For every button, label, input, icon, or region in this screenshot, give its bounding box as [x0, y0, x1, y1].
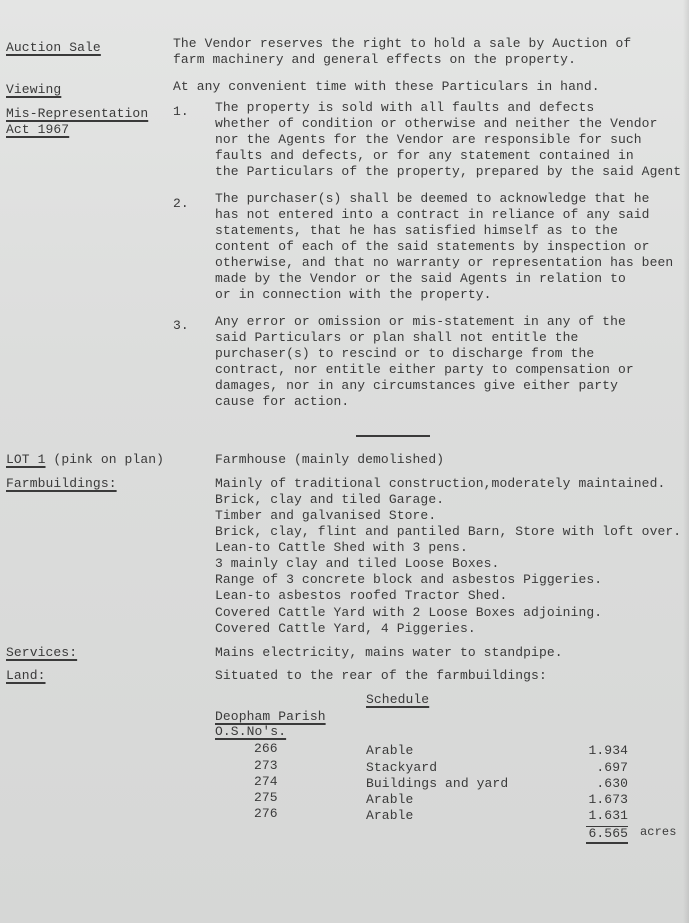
lot-plan-note: (pink on plan): [46, 452, 165, 467]
auction-sale-label: Auction Sale: [6, 40, 101, 56]
farmbuilding-line: Timber and galvanised Store.: [215, 508, 436, 524]
schedule-unit: acres: [640, 824, 677, 840]
farmbuildings-label: Farmbuildings:: [6, 476, 117, 492]
farmbuilding-line: Range of 3 concrete block and asbestos P…: [215, 572, 602, 588]
document-page: Auction Sale The Vendor reserves the rig…: [0, 0, 689, 923]
clause-number: 3.: [173, 318, 189, 334]
schedule-os-number: 275: [254, 790, 278, 806]
clause-1-line: faults and defects, or for any statement…: [215, 148, 634, 164]
schedule-description: Arable: [366, 743, 413, 759]
clause-2-line: The purchaser(s) shall be deemed to ackn…: [215, 191, 650, 207]
clause-1-line: whether of condition or otherwise and ne…: [215, 116, 657, 132]
clause-2-line: or in connection with the property.: [215, 287, 492, 303]
farmbuilding-line: Covered Cattle Yard, 4 Piggeries.: [215, 621, 476, 637]
schedule-description: Arable: [366, 792, 413, 808]
page-edge-shadow: [683, 0, 689, 923]
clause-number: 2.: [173, 196, 189, 212]
lot-number: LOT 1: [6, 452, 46, 467]
clause-3-line: cause for action.: [215, 394, 349, 410]
auction-sale-line-1: The Vendor reserves the right to hold a …: [173, 36, 631, 52]
services-text: Mains electricity, mains water to standp…: [215, 645, 563, 661]
schedule-acres: .630: [570, 776, 628, 792]
farmbuilding-line: Mainly of traditional construction,moder…: [215, 476, 665, 492]
schedule-os-number: 276: [254, 806, 278, 822]
viewing-label: Viewing: [6, 82, 61, 98]
clause-2-line: content of each of the said statements b…: [215, 239, 650, 255]
schedule-description: Stackyard: [366, 760, 437, 776]
clause-3-line: Any error or omission or mis-statement i…: [215, 314, 626, 330]
viewing-text: At any convenient time with these Partic…: [173, 79, 600, 95]
schedule-os-number: 273: [254, 758, 278, 774]
farmbuilding-line: 3 mainly clay and tiled Loose Boxes.: [215, 556, 499, 572]
farmbuilding-line: Lean-to asbestos roofed Tractor Shed.: [215, 588, 507, 604]
clause-3-line: purchaser(s) to rescind or to discharge …: [215, 346, 594, 362]
farmbuilding-line: Covered Cattle Yard with 2 Loose Boxes a…: [215, 605, 602, 621]
land-text: Situated to the rear of the farmbuilding…: [215, 668, 547, 684]
schedule-description: Arable: [366, 808, 413, 824]
misrep-label-line-2: Act 1967: [6, 122, 69, 138]
clause-2-line: has not entered into a contract in relia…: [215, 207, 650, 223]
schedule-parish: Deopham Parish: [215, 709, 326, 725]
clause-3-line: damages, nor in any circumstances give e…: [215, 378, 618, 394]
clause-number: 1.: [173, 104, 189, 120]
schedule-os-number: 274: [254, 774, 278, 790]
auction-sale-line-2: farm machinery and general effects on th…: [173, 52, 576, 68]
total-rule-bottom: [586, 842, 628, 844]
section-divider: [356, 435, 430, 437]
schedule-acres: 1.673: [570, 792, 628, 808]
clause-1-line: nor the Agents for the Vendor are respon…: [215, 132, 642, 148]
farmbuilding-line: Brick, clay and tiled Garage.: [215, 492, 444, 508]
clause-2-line: otherwise, and that no warranty or repre…: [215, 255, 673, 271]
clause-1-line: the Particulars of the property, prepare…: [215, 164, 681, 180]
schedule-title: Schedule: [366, 692, 429, 708]
clause-2-line: statements, that he has satisfied himsel…: [215, 223, 618, 239]
land-label: Land:: [6, 668, 46, 684]
schedule-total: 6.565: [570, 826, 628, 842]
lot-label: LOT 1 (pink on plan): [6, 452, 164, 468]
misrep-label-line-1: Mis-Representation: [6, 106, 148, 122]
schedule-acres: 1.934: [570, 743, 628, 759]
schedule-os-number: 266: [254, 741, 278, 757]
schedule-os-header: O.S.No's.: [215, 724, 286, 740]
schedule-acres: 1.631: [570, 808, 628, 824]
clause-3-line: said Particulars or plan shall not entit…: [215, 330, 578, 346]
schedule-description: Buildings and yard: [366, 776, 508, 792]
schedule-acres: .697: [570, 760, 628, 776]
lot-description: Farmhouse (mainly demolished): [215, 452, 444, 468]
farmbuilding-line: Lean-to Cattle Shed with 3 pens.: [215, 540, 468, 556]
clause-3-line: contract, nor entitle either party to co…: [215, 362, 634, 378]
services-label: Services:: [6, 645, 77, 661]
clause-2-line: made by the Vendor or the said Agents in…: [215, 271, 626, 287]
farmbuilding-line: Brick, clay, flint and pantiled Barn, St…: [215, 524, 681, 540]
clause-1-line: The property is sold with all faults and…: [215, 100, 594, 116]
